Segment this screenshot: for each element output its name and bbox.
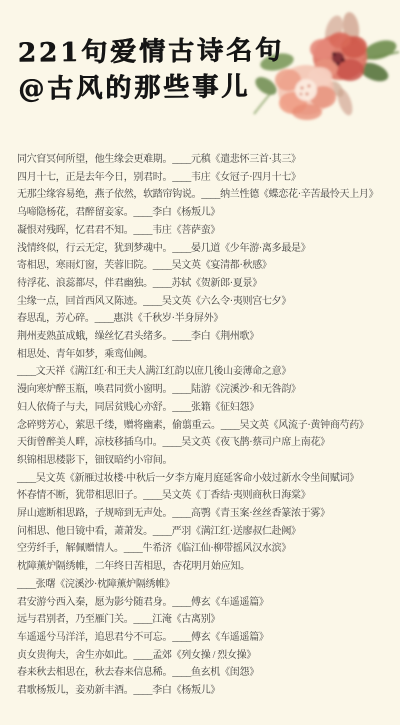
quote-line: 寄相思，寒雨灯窗，芙蓉旧院。____吴文英《宴清都·秋感》 [17, 257, 400, 275]
quote-line: 春来秋去相思在，秋去春来信息稀。____鱼玄机《闺怨》 [17, 664, 400, 682]
quote-list: 同穴窅冥何所望，他生缘会更难期。____元稹《遣悲怀三首·其三》 四月十七，正是… [17, 151, 400, 700]
quote-line: 同穴窅冥何所望，他生缘会更难期。____元稹《遣悲怀三首·其三》 [17, 151, 400, 169]
quote-line: ____文天祥《满江红·和王夫人满江红韵以庶几後山妾薄命之意》 [17, 363, 400, 381]
quote-line: 车遥遥兮马洋洋，追思君兮不可忘。____傅玄《车遥遥篇》 [17, 629, 400, 647]
quote-line: 枕障薰炉隔绣帷，二年终日苦相思，杏花明月始应知。 [17, 558, 400, 576]
quote-line: 织锦相思楼影下，钿钗暗约小帘间。 [17, 452, 400, 470]
poster-page: 221句爱情古诗名句 @古风的那些事儿 同穴窅冥何所望，他生缘会更难期。____… [0, 0, 400, 725]
quote-line: 四月十七，正是去年今日，别君时。____韦庄《女冠子·四月十七》 [17, 169, 400, 187]
quote-line: 远与君别者，乃至雁门关。____江淹《古离别》 [17, 611, 400, 629]
quote-line: 妇人依倚子与夫，同居贫贱心亦舒。____张籍《征妇怨》 [17, 399, 400, 417]
quote-line: 相思处、青年如梦，乘鸾仙阙。 [17, 346, 400, 364]
quote-line: 待浮花、浪蕊都尽，伴君幽独。____苏轼《贺新郎·夏景》 [17, 275, 400, 293]
quote-line: 尘缘一点，回首西风又陈迹。____吴文英《六么令·夷则宫七夕》 [17, 293, 400, 311]
quote-line: 问相思、他日镜中看，萧萧发。____严羽《满江红·送廖叔仁赴阙》 [17, 523, 400, 541]
quote-line: 天街曾醉美人畔，凉枝移插乌巾。____吴文英《夜飞鹊·蔡司户席上南花》 [17, 434, 400, 452]
quote-line: 贞女贵徇夫，舍生亦如此。____孟郊《列女操 / 烈女操》 [17, 647, 400, 665]
quote-line: 君歌杨叛儿，妾劝新丰酒。____李白《杨叛儿》 [17, 682, 400, 700]
quote-line: ____张曙《浣溪沙·枕障薰炉隔绣帷》 [17, 576, 400, 594]
quote-line: 浅情终似，行云无定，犹到梦魂中。____晏几道《少年游·离多最是》 [17, 240, 400, 258]
quote-line: 春思乱，芳心碎。____惠洪《千秋岁·半身屏外》 [17, 310, 400, 328]
page-title-line2: @古风的那些事儿 [18, 69, 285, 108]
quote-line: 无那尘缘容易绝，燕子依然，软踏帘钩说。____纳兰性德《蝶恋花·辛苦最怜天上月》 [17, 186, 400, 204]
quote-line: 荆州麦熟茧成蛾，缲丝忆君头绪多。____李白《荆州歌》 [17, 328, 400, 346]
quote-line: 怀春情不断，犹带相思旧子。____吴文英《丁香结·夷则商秋日海棠》 [17, 487, 400, 505]
quote-line: 漫向寒炉醉玉瓶，唤君同赏小窗明。____陆游《浣溪沙·和无咎韵》 [17, 381, 400, 399]
quote-line: 空劳纤手，解佩赠情人。____牛希济《临江仙·柳带摇风汉水滨》 [17, 540, 400, 558]
quote-line: 屏山遮断相思路，子规啼到无声处。____高鹗《青玉案·丝丝香篆浓于雾》 [17, 505, 400, 523]
quote-line: 乌啼隐杨花，君醉留妾家。____李白《杨叛儿》 [17, 204, 400, 222]
quote-line: 凝恨对残晖，忆君君不知。____韦庄《菩萨蛮》 [17, 222, 400, 240]
page: { "page": { "background_color": "#fbf7e8… [0, 0, 400, 725]
quote-line: 君安游兮西入秦，愿为影兮随君身。____傅玄《车遥遥篇》 [17, 594, 400, 612]
title-block: 221句爱情古诗名句 @古风的那些事儿 [18, 33, 285, 108]
quote-line: ____吴文英《新雁过妆楼·中秋后一夕李方庵月庭延客命小妓过新水令坐间赋词》 [17, 470, 400, 488]
page-title-line1: 221句爱情古诗名句 [18, 33, 285, 72]
quote-line: 念碎劈芳心，萦思千缕，赠将幽素，偷翦重云。____吴文英《风流子·黄钟商芍药》 [17, 417, 400, 435]
